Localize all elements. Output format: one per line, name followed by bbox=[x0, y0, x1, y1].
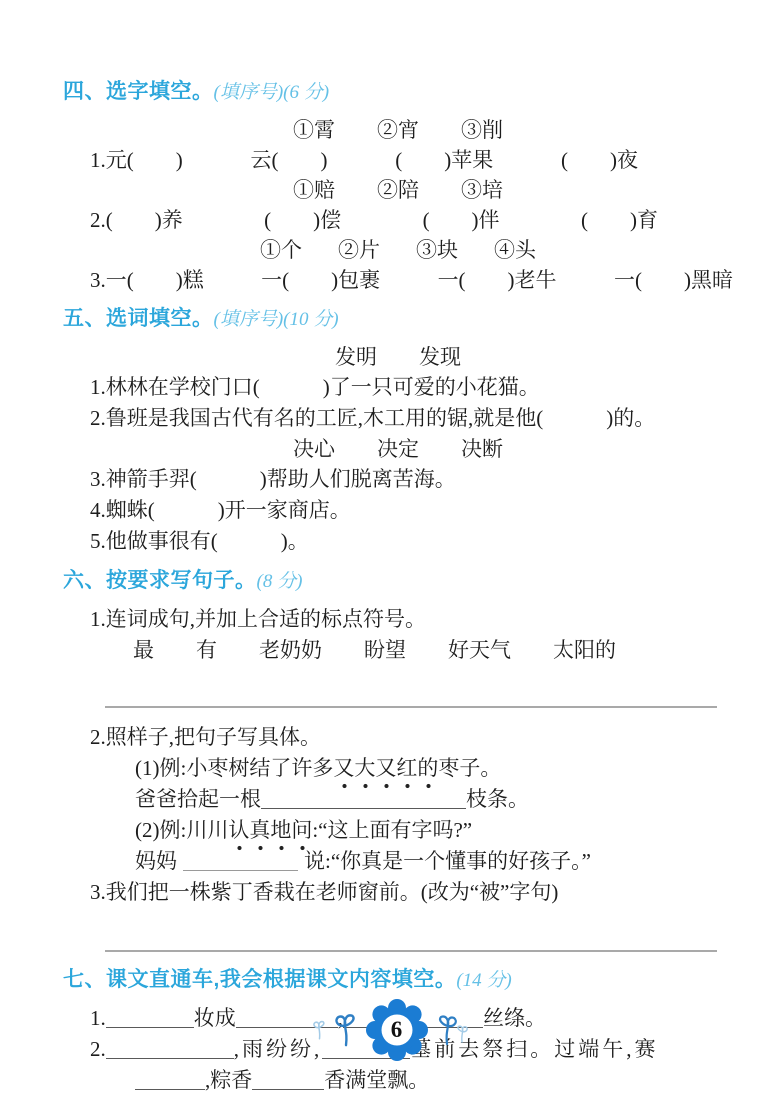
sprout-icon bbox=[333, 1012, 359, 1048]
question-cell: ( )苹果 bbox=[395, 145, 493, 175]
option-item: 发明 bbox=[335, 342, 377, 372]
section-4-options-row-1: ①霄 ②宵 ③削 bbox=[63, 115, 733, 145]
sprout-icon bbox=[455, 1024, 469, 1044]
question-cell: 3.一( )糕 bbox=[90, 265, 204, 295]
section-6-title: 六、按要求写句子。 bbox=[63, 569, 257, 592]
option-item: ②陪 bbox=[377, 175, 419, 205]
option-item: ③块 bbox=[416, 235, 458, 265]
section-6-subtitle: (8 分) bbox=[257, 571, 303, 592]
section-6-example-1: (1)例:小枣树结了许多又大又红的枣子。 bbox=[63, 753, 733, 784]
section-5-title: 五、选词填空。 bbox=[63, 307, 214, 330]
section-4-question-3: 3.一( )糕 一( )包裹 一( )老牛 一( )黑暗 bbox=[63, 265, 733, 295]
section-5-heading: 五、选词填空。(填序号)(10 分) bbox=[63, 305, 733, 334]
section-6-fill-1: 爸爸拾起一根枝条。 bbox=[63, 784, 733, 815]
question-cell: 一( )包裹 bbox=[261, 265, 380, 295]
section-6: 六、按要求写句子。(8 分) 1.连词成句,并加上合适的标点符号。 最 有 老奶… bbox=[63, 567, 733, 952]
section-6-question-1: 1.连词成句,并加上合适的标点符号。 bbox=[63, 604, 733, 635]
fill-text: 爸爸拾起一根 bbox=[135, 787, 261, 811]
answer-line bbox=[105, 706, 717, 708]
question-cell: ( )育 bbox=[581, 205, 658, 235]
section-5-question-1: 1.林林在学校门口( )了一只可爱的小花猫。 bbox=[63, 372, 733, 403]
option-item: ③培 bbox=[461, 175, 503, 205]
section-5-question-2: 2.鲁班是我国古代有名的工匠,木工用的锯,就是他( )的。 bbox=[63, 403, 733, 434]
option-item: ③削 bbox=[461, 115, 503, 145]
example-text: :“这上面有字吗?” bbox=[312, 818, 472, 842]
option-item: ①赔 bbox=[293, 175, 335, 205]
section-6-q1-words: 最 有 老奶奶 盼望 好天气 太阳的 bbox=[63, 635, 733, 666]
write-in-blank bbox=[261, 787, 466, 809]
question-cell: 一( )黑暗 bbox=[614, 265, 733, 295]
section-6-question-2: 2.照样子,把句子写具体。 bbox=[63, 722, 733, 753]
section-5-options-row-1: 发明 发现 bbox=[63, 342, 733, 372]
question-cell: 一( )老牛 bbox=[438, 265, 557, 295]
option-item: ①个 bbox=[260, 235, 302, 265]
section-7-heading: 七、课文直通车,我会根据课文内容填空。(14 分) bbox=[63, 966, 733, 995]
section-5-question-4: 4.蜘蛛( )开一家商店。 bbox=[63, 495, 733, 526]
option-item: ④头 bbox=[494, 235, 536, 265]
section-4-question-2: 2.( )养 ( )偿 ( )伴 ( )育 bbox=[63, 205, 733, 235]
fill-text: 妈妈 bbox=[135, 849, 177, 873]
page-footer: 6 bbox=[0, 998, 780, 1062]
section-4: 四、选字填空。(填序号)(6 分) ①霄 ②宵 ③削 1.元( ) 云( ) (… bbox=[63, 78, 733, 295]
section-4-options-row-2: ①赔 ②陪 ③培 bbox=[63, 175, 733, 205]
example-text: (2)例:川川 bbox=[135, 818, 228, 842]
page-number-badge: 6 bbox=[365, 998, 429, 1062]
section-6-heading: 六、按要求写句子。(8 分) bbox=[63, 567, 733, 596]
fill-text: 香满堂飘。 bbox=[324, 1068, 429, 1092]
section-5-subtitle: (填序号)(10 分) bbox=[214, 309, 339, 330]
example-text: 枣子。 bbox=[438, 756, 501, 780]
worksheet-page: 四、选字填空。(填序号)(6 分) ①霄 ②宵 ③削 1.元( ) 云( ) (… bbox=[0, 0, 780, 1096]
question-cell: 2.( )养 bbox=[90, 205, 183, 235]
fill-text: ,粽香 bbox=[205, 1068, 252, 1092]
fill-text: 说:“你真是一个懂事的好孩子。” bbox=[304, 849, 591, 873]
section-4-options-row-3: ①个 ②片 ③块 ④头 bbox=[63, 235, 733, 265]
option-item: 决断 bbox=[461, 434, 503, 464]
section-5-options-row-2: 决心 决定 决断 bbox=[63, 434, 733, 464]
example-text: (1)例:小枣树结了许多 bbox=[135, 756, 333, 780]
question-cell: 1.元( ) bbox=[90, 145, 183, 175]
question-cell: ( )伴 bbox=[423, 205, 500, 235]
question-cell: ( )夜 bbox=[561, 145, 638, 175]
write-in-blank bbox=[135, 1068, 205, 1090]
section-4-question-1: 1.元( ) 云( ) ( )苹果 ( )夜 bbox=[63, 145, 733, 175]
section-7-question-2-line-2: ,粽香香满堂飘。 bbox=[63, 1065, 733, 1096]
page-number: 6 bbox=[365, 998, 429, 1062]
option-item: 决定 bbox=[377, 434, 419, 464]
fill-text: 枝条。 bbox=[466, 787, 529, 811]
section-4-heading: 四、选字填空。(填序号)(6 分) bbox=[63, 78, 733, 107]
section-6-question-3: 3.我们把一株紫丁香栽在老师窗前。(改为“被”字句) bbox=[63, 877, 733, 908]
section-5: 五、选词填空。(填序号)(10 分) 发明 发现 1.林林在学校门口( )了一只… bbox=[63, 305, 733, 557]
option-item: ②宵 bbox=[377, 115, 419, 145]
section-6-fill-2: 妈妈说:“你真是一个懂事的好孩子。” bbox=[63, 846, 733, 877]
section-4-subtitle: (填序号)(6 分) bbox=[214, 82, 330, 103]
section-4-title: 四、选字填空。 bbox=[63, 80, 214, 103]
option-item: 决心 bbox=[293, 434, 335, 464]
answer-line bbox=[105, 950, 717, 952]
question-cell: 云( ) bbox=[251, 145, 328, 175]
sprout-icon bbox=[312, 1019, 327, 1041]
section-5-question-3: 3.神箭手羿( )帮助人们脱离苦海。 bbox=[63, 464, 733, 495]
question-cell: ( )偿 bbox=[264, 205, 341, 235]
section-7-title: 七、课文直通车,我会根据课文内容填空。 bbox=[63, 968, 456, 991]
section-7-subtitle: (14 分) bbox=[456, 970, 511, 991]
option-item: 发现 bbox=[419, 342, 461, 372]
write-in-blank bbox=[252, 1068, 324, 1090]
section-6-example-2: (2)例:川川认真地问:“这上面有字吗?” bbox=[63, 815, 733, 846]
write-in-blank bbox=[183, 849, 298, 871]
option-item: ②片 bbox=[338, 235, 380, 265]
section-5-question-5: 5.他做事很有( )。 bbox=[63, 526, 733, 557]
option-item: ①霄 bbox=[293, 115, 335, 145]
